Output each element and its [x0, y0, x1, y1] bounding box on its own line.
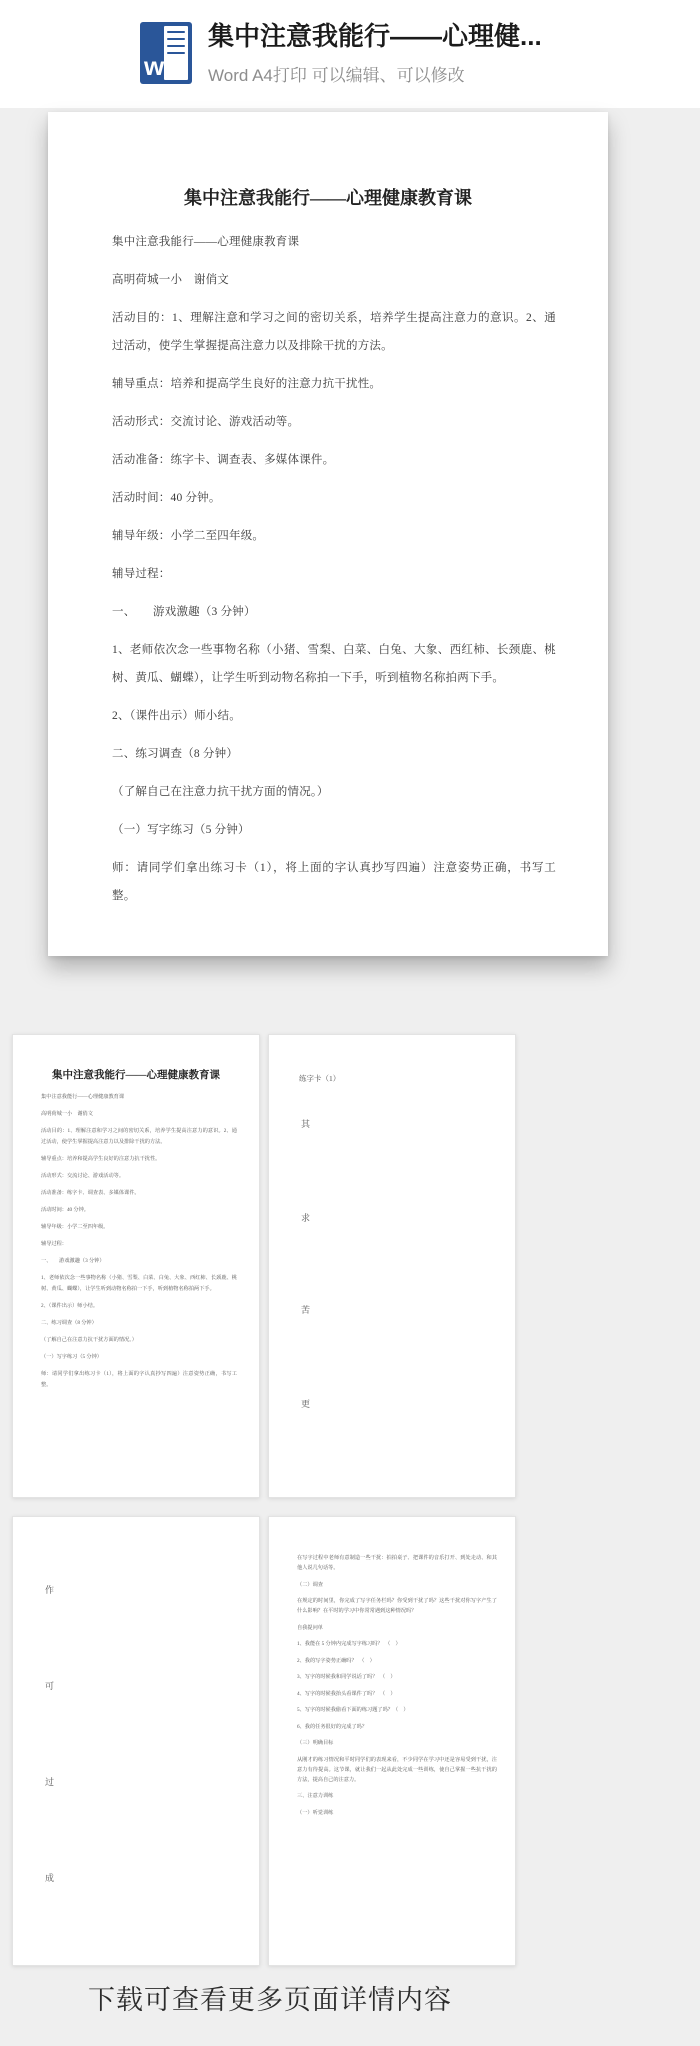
practice-char: 其	[301, 1117, 310, 1130]
doc-paragraph: 活动目的：1、理解注意和学习之间的密切关系，培养学生提高注意力的意识。2、通过活…	[112, 304, 556, 360]
doc-paragraph: 活动形式：交流讨论、游戏活动等。	[41, 1171, 237, 1182]
doc-paragraph: （了解自己在注意力抗干扰方面的情况。）	[41, 1335, 237, 1346]
thumb-doc-title: 集中注意我能行——心理健康教育课	[13, 1067, 259, 1082]
doc-paragraph: 活动准备：练字卡、调查表、多媒体课件。	[112, 446, 556, 474]
doc-paragraph: 高明荷城一小 谢俏文	[41, 1109, 237, 1120]
doc-paragraph: 5、写字的时候我偷看下面的练习题了吗？（ ）	[297, 1705, 497, 1715]
doc-paragraph: 一、 游戏激趣（3 分钟）	[112, 598, 556, 626]
doc-paragraph: （了解自己在注意力抗干扰方面的情况。）	[112, 778, 556, 806]
page-preview-main: 集中注意我能行——心理健康教育课 集中注意我能行——心理健康教育课高明荷城一小 …	[48, 112, 608, 956]
practice-char: 可	[45, 1679, 54, 1692]
thumbnail-page-2[interactable]: 练字卡（1） 其 求 苦 更	[268, 1034, 516, 1498]
doc-title: 集中注意我能行——心理健康教育课	[48, 184, 608, 210]
doc-paragraph: 活动时间：40 分钟。	[112, 484, 556, 512]
practice-char: 苦	[301, 1303, 310, 1316]
doc-paragraph: 辅导过程：	[41, 1239, 237, 1250]
document-title: 集中注意我能行——心理健...	[208, 20, 678, 52]
thumbnail-page-4[interactable]: 在写字过程中老师有意制造一些干扰：拍拍桌子、把课件的音乐打开、到处走动、和其他人…	[268, 1516, 516, 1966]
word-icon-page	[164, 26, 188, 80]
doc-paragraph: 辅导重点：培养和提高学生良好的注意力抗干扰性。	[41, 1154, 237, 1165]
header-bar: w 集中注意我能行——心理健... Word A4打印 可以编辑、可以修改	[0, 0, 700, 108]
doc-paragraph: 活动形式：交流讨论、游戏活动等。	[112, 408, 556, 436]
doc-paragraph: 4、写字的时候我抬头看课件了吗？ （ ）	[297, 1689, 497, 1699]
doc-paragraph: 辅导年级：小学二至四年级。	[41, 1222, 237, 1233]
practice-char: 求	[301, 1211, 310, 1224]
doc-paragraph: 1、我能在 5 分钟内完成写字练习吗？ （ ）	[297, 1639, 497, 1649]
doc-paragraph: 1、老师依次念一些事物名称（小猪、雪梨、白菜、白兔、大象、西红柿、长颈鹿、桃树、…	[41, 1273, 237, 1295]
thumbnail-page-1[interactable]: 集中注意我能行——心理健康教育课 集中注意我能行——心理健康教育课高明荷城一小 …	[12, 1034, 260, 1498]
doc-paragraph: 三、注意力训练	[297, 1791, 497, 1801]
doc-paragraph: 活动准备：练字卡、调查表、多媒体课件。	[41, 1188, 237, 1199]
doc-paragraph: 2、我的写字姿势正确吗？ （ ）	[297, 1656, 497, 1666]
doc-paragraph: （三）明确目标	[297, 1738, 497, 1748]
doc-paragraph: 二、练习调查（8 分钟）	[112, 740, 556, 768]
word-icon-letter: w	[144, 53, 164, 79]
practice-char: 更	[301, 1397, 310, 1410]
practice-char: 作	[45, 1583, 54, 1596]
document-subtitle: Word A4打印 可以编辑、可以修改	[208, 61, 678, 86]
doc-paragraph: 辅导重点：培养和提高学生良好的注意力抗干扰性。	[112, 370, 556, 398]
thumbnail-page-3[interactable]: 作 可 过 成	[12, 1516, 260, 1966]
doc-paragraph: 从刚才的练习情况和平时同学们的表现来看，不少同学在学习中还是容易受到干扰，注意力…	[297, 1755, 497, 1785]
doc-paragraph: 集中注意我能行——心理健康教育课	[41, 1092, 237, 1103]
doc-paragraph: 高明荷城一小 谢俏文	[112, 266, 556, 294]
doc-paragraph: 活动目的：1、理解注意和学习之间的密切关系，培养学生提高注意力的意识。2、通过活…	[41, 1126, 237, 1148]
doc-paragraph: 师：请同学们拿出练习卡（1），将上面的字认真抄写四遍）注意姿势正确，书写工整。	[41, 1369, 237, 1391]
doc-paragraph: 2、（课件出示）师小结。	[41, 1301, 237, 1312]
doc-paragraph: 辅导年级：小学二至四年级。	[112, 522, 556, 550]
doc-paragraph: （二）调查	[297, 1580, 497, 1590]
doc-paragraph: （一）写字练习（5 分钟）	[41, 1352, 237, 1363]
thumb-doc-body: 集中注意我能行——心理健康教育课高明荷城一小 谢俏文活动目的：1、理解注意和学习…	[13, 1082, 259, 1391]
doc-paragraph: 二、练习调查（8 分钟）	[41, 1318, 237, 1329]
doc-paragraph: 自我提问单	[297, 1623, 497, 1633]
doc-paragraph: （一）写字练习（5 分钟）	[112, 816, 556, 844]
thumb-doc-body: 在写字过程中老师有意制造一些干扰：拍拍桌子、把课件的音乐打开、到处走动、和其他人…	[269, 1517, 515, 1818]
doc-paragraph: 6、我的任务很好的完成了吗？	[297, 1722, 497, 1732]
doc-paragraph: 在规定的时间里，你完成了写字任务栏吗？你受到干扰了吗？这些干扰对你写字产生了什么…	[297, 1596, 497, 1616]
doc-paragraph: 在写字过程中老师有意制造一些干扰：拍拍桌子、把课件的音乐打开、到处走动、和其他人…	[297, 1553, 497, 1573]
doc-paragraph: 1、老师依次念一些事物名称（小猪、雪梨、白菜、白兔、大象、西红柿、长颈鹿、桃树、…	[112, 636, 556, 692]
practice-card-header: 练字卡（1）	[299, 1073, 340, 1084]
doc-paragraph: 2、（课件出示）师小结。	[112, 702, 556, 730]
doc-paragraph: 集中注意我能行——心理健康教育课	[112, 228, 556, 256]
word-file-icon: w	[140, 22, 192, 84]
doc-paragraph: 3、写字的时候我和同学说话了吗？ （ ）	[297, 1672, 497, 1682]
doc-paragraph: 活动时间：40 分钟。	[41, 1205, 237, 1216]
doc-body: 集中注意我能行——心理健康教育课高明荷城一小 谢俏文活动目的：1、理解注意和学习…	[48, 210, 608, 910]
practice-char: 过	[45, 1775, 54, 1788]
header-text: 集中注意我能行——心理健... Word A4打印 可以编辑、可以修改	[208, 20, 678, 86]
practice-char: 成	[45, 1871, 54, 1884]
doc-paragraph: （一）听觉训练	[297, 1808, 497, 1818]
download-hint-text: 下载可查看更多页面详情内容	[0, 1978, 540, 2017]
doc-paragraph: 一、 游戏激趣（3 分钟）	[41, 1256, 237, 1267]
doc-paragraph: 师：请同学们拿出练习卡（1），将上面的字认真抄写四遍）注意姿势正确，书写工整。	[112, 854, 556, 910]
doc-paragraph: 辅导过程：	[112, 560, 556, 588]
